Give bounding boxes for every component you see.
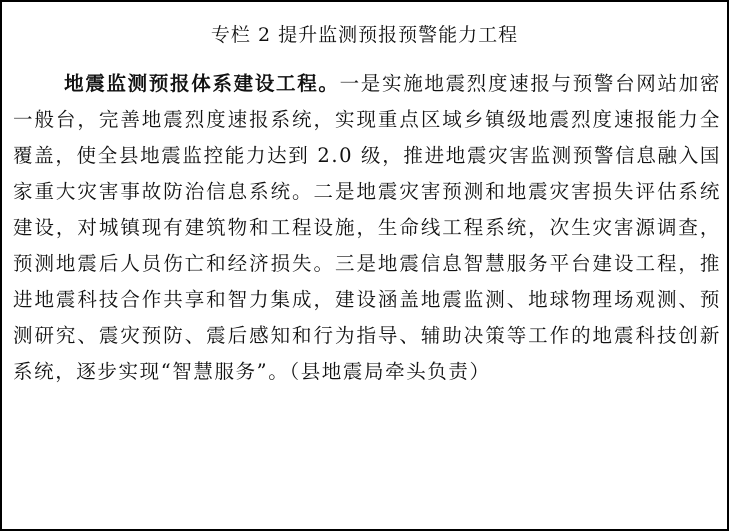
sidebar-box: 专栏 2 提升监测预报预警能力工程 地震监测预报体系建设工程。一是实施地震烈度速… <box>0 0 729 531</box>
paragraph-lead-heading: 地震监测预报体系建设工程。 <box>64 72 340 95</box>
paragraph-text: 一是实施地震烈度速报与预警台网站加密一般台，完善地震烈度速报系统，实现重点区域乡… <box>13 72 721 383</box>
box-paragraph: 地震监测预报体系建设工程。一是实施地震烈度速报与预警台网站加密一般台，完善地震烈… <box>13 66 721 390</box>
box-title: 专栏 2 提升监测预报预警能力工程 <box>2 20 727 47</box>
